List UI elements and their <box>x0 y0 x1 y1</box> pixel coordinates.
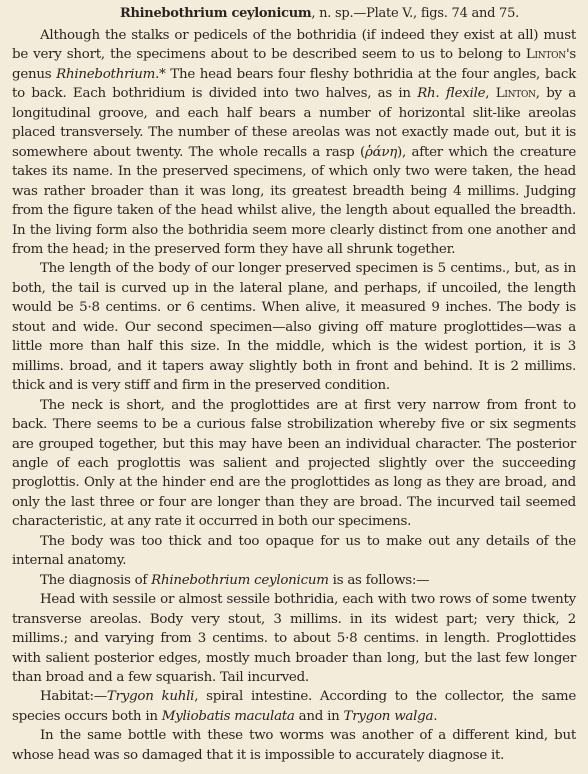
italic-taxon-name: Trygon kuhli <box>107 689 194 704</box>
paragraph: The length of the body of our longer pre… <box>12 259 576 395</box>
text-run: The length of the body of our longer pre… <box>12 261 576 393</box>
body-text: Although the stalks or pedicels of the b… <box>12 26 576 765</box>
italic-taxon-name: Trygon walga <box>344 709 434 724</box>
italic-taxon-name: Rh. flexile <box>417 86 485 101</box>
text-run: . <box>433 709 437 724</box>
text-run: ), after which the creature takes its na… <box>12 145 576 257</box>
paper-page: Rhinebothrium ceylonicum, n. sp.—Plate V… <box>12 4 576 765</box>
section-heading: Rhinebothrium ceylonicum, n. sp.—Plate V… <box>12 4 576 24</box>
text-run: and in <box>295 709 344 724</box>
text-run: is as follows:— <box>329 573 430 588</box>
text-run: Habitat:— <box>40 689 107 704</box>
text-run: The neck is short, and the proglottides … <box>12 398 576 530</box>
paragraph: The neck is short, and the proglottides … <box>12 396 576 532</box>
italic-taxon-name: ῥάνη <box>365 145 397 160</box>
paragraph: The body was too thick and too opaque fo… <box>12 532 576 571</box>
species-name: Rhinebothrium ceylonicum <box>120 6 311 21</box>
paragraph: Head with sessile or almost sessile both… <box>12 590 576 687</box>
text-run: The diagnosis of <box>40 573 151 588</box>
heading-plate-reference: , n. sp.—Plate V., figs. 74 and 75. <box>311 6 519 21</box>
paragraph: Habitat:—Trygon kuhli, spiral intestine.… <box>12 687 576 726</box>
paragraph: The diagnosis of Rhinebothrium ceylonicu… <box>12 571 576 590</box>
author-name: Linton <box>496 86 536 101</box>
text-run: Although the stalks or pedicels of the b… <box>12 28 576 62</box>
text-run: , <box>485 86 495 101</box>
paragraph: In the same bottle with these two worms … <box>12 726 576 765</box>
italic-taxon-name: Rhinebothrium <box>56 67 155 82</box>
text-run: Head with sessile or almost sessile both… <box>12 592 576 685</box>
italic-taxon-name: Myliobatis maculata <box>162 709 295 724</box>
author-name: Linton <box>526 47 566 62</box>
paragraph: Although the stalks or pedicels of the b… <box>12 26 576 259</box>
italic-taxon-name: Rhinebothrium ceylonicum <box>151 573 329 588</box>
text-run: The body was too thick and too opaque fo… <box>12 534 576 568</box>
text-run: In the same bottle with these two worms … <box>12 728 576 762</box>
